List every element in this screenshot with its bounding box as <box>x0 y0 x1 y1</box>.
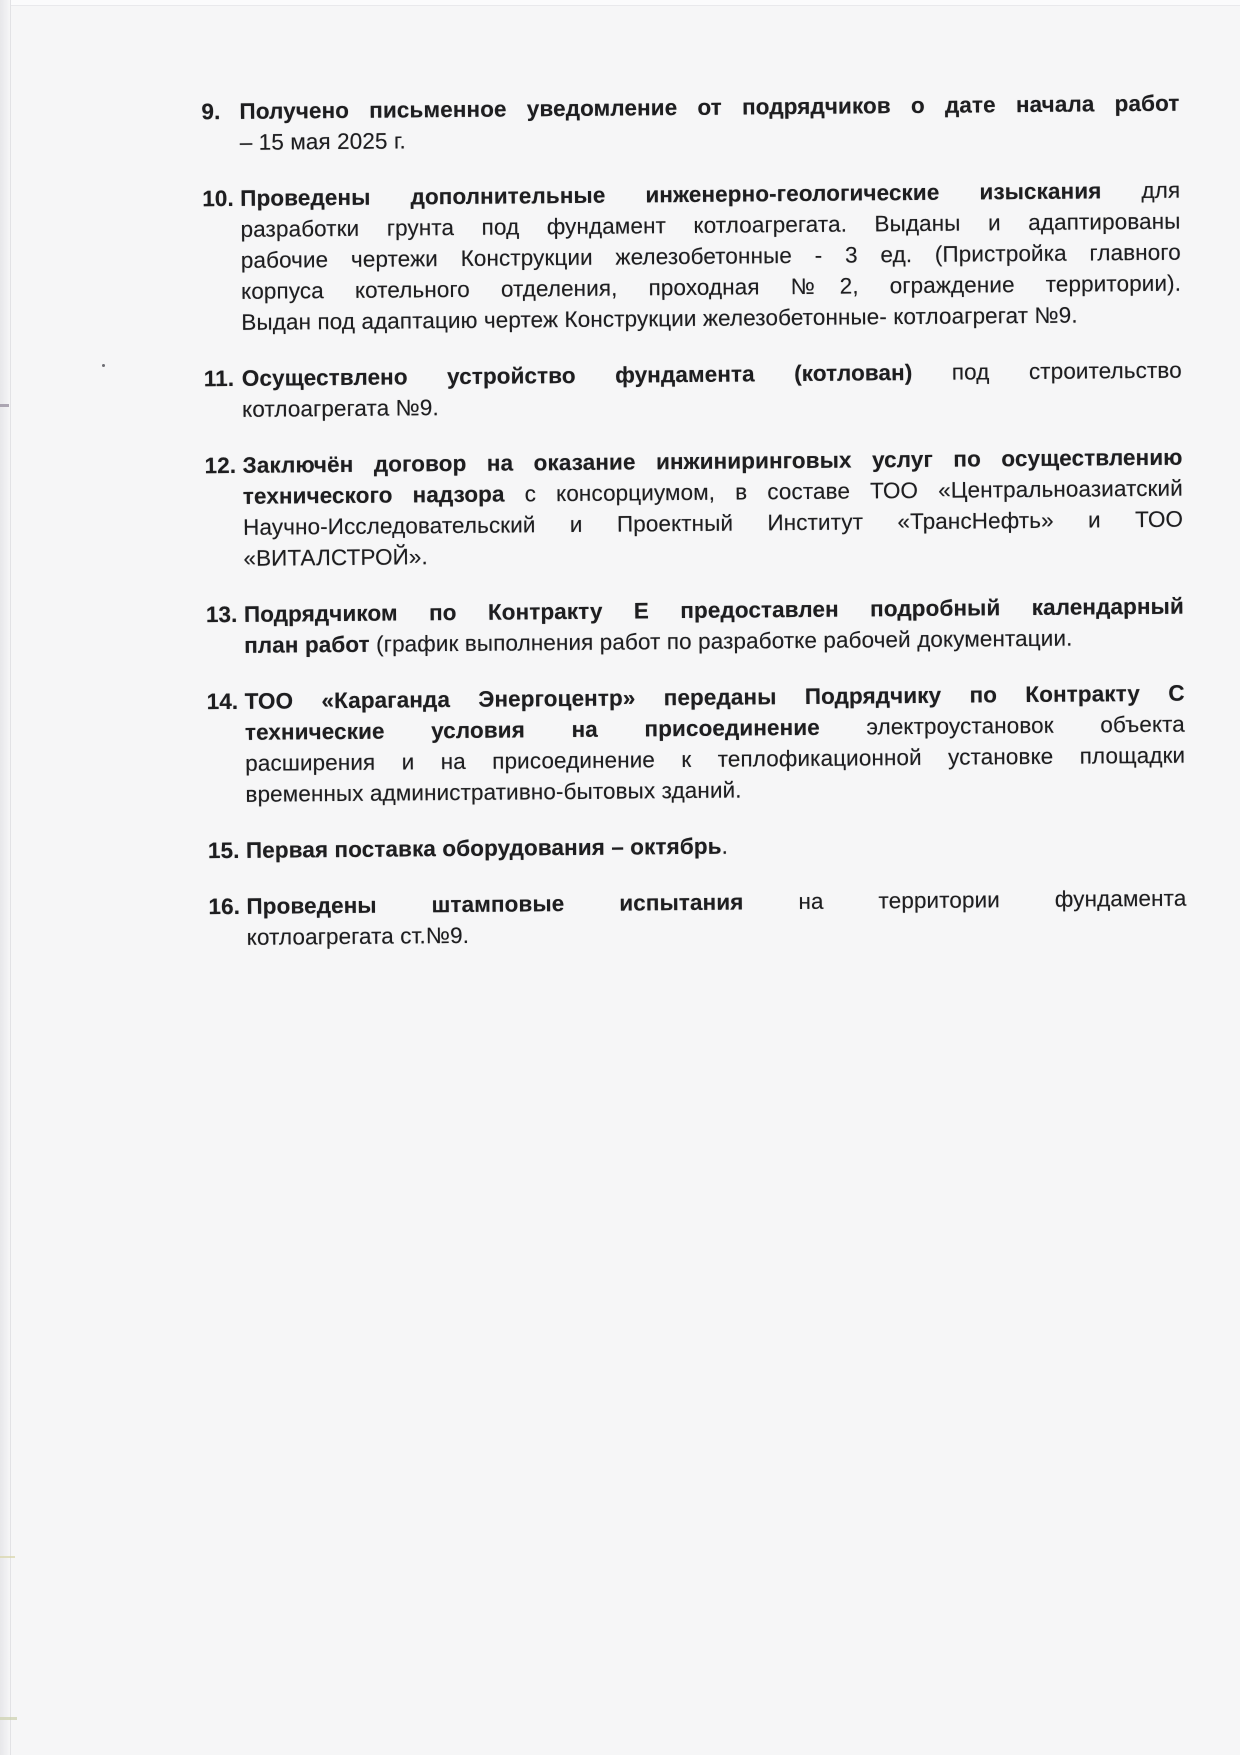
item-number: 10. <box>202 183 240 214</box>
item-number: 11. <box>204 363 242 394</box>
text-line: Первая поставка оборудования – октябрь. <box>246 827 1186 866</box>
scan-mark-tick <box>0 1717 17 1720</box>
regular-segment: котлоагрегата ст.№9. <box>247 923 470 950</box>
item-number: 14. <box>207 686 245 717</box>
regular-segment: – 15 мая 2025 г. <box>240 128 406 154</box>
scan-paper-top-edge <box>0 0 1240 6</box>
list-item-12: 12. Заключён договор на оказание инжинир… <box>204 442 1183 575</box>
item-number: 16. <box>208 891 246 922</box>
regular-segment: (график выполнения работ по разработке р… <box>370 626 1073 657</box>
scan-mark-dot <box>102 364 105 367</box>
regular-segment: . <box>721 834 728 859</box>
regular-segment: корпуса котельного отделения, проходная … <box>241 271 1181 304</box>
list-item-10: 10. Проведены дополнительные инженерно-г… <box>202 175 1181 339</box>
bold-segment: Заключён договор на оказание инжиниринго… <box>242 445 1182 478</box>
list-item-15: 15. Первая поставка оборудования – октяб… <box>208 827 1186 867</box>
scan-paper-left-edge <box>0 0 11 1755</box>
scan-mark-dash <box>0 404 9 407</box>
regular-segment: электроустановок объекта <box>820 712 1185 740</box>
bold-segment: план работ <box>244 632 370 658</box>
regular-segment: «ВИТАЛСТРОЙ». <box>243 544 428 571</box>
scan-mark-tick <box>0 1556 15 1558</box>
numbered-list: 9. Получено письменное уведомление от по… <box>201 88 1187 979</box>
bold-segment: Подрядчиком по Контракту Е предоставлен … <box>244 594 1184 627</box>
regular-segment: Выдан под адаптацию чертеж Конструкции ж… <box>241 303 1078 335</box>
bold-segment: Проведены дополнительные инженерно-геоло… <box>240 178 1101 211</box>
regular-segment: расширения и на присоединение к теплофик… <box>245 743 1185 776</box>
list-item-16: 16. Проведены штамповые испытания на тер… <box>208 883 1187 954</box>
item-number: 9. <box>201 96 239 127</box>
regular-segment: котлоагрегата №9. <box>242 395 439 422</box>
list-item-9: 9. Получено письменное уведомление от по… <box>201 88 1180 159</box>
regular-segment: под строительство <box>912 358 1182 385</box>
list-item-11: 11. Осуществлено устройство фундамента (… <box>204 355 1183 426</box>
regular-segment: Научно-Исследовательский и Проектный Инс… <box>243 507 1183 540</box>
list-item-14: 14. ТОО «Караганда Энергоцентр» переданы… <box>207 678 1186 811</box>
bold-segment: технические условия на присоединение <box>245 715 820 745</box>
bold-segment: Получено письменное уведомление от подря… <box>239 91 1179 124</box>
item-number: 15. <box>208 835 246 866</box>
bold-segment: Первая поставка оборудования – октябрь <box>246 834 722 863</box>
regular-segment: на территории фундамента <box>743 886 1186 915</box>
regular-segment: временных административно-бытовых зданий… <box>245 778 741 807</box>
item-number: 13. <box>206 599 244 630</box>
regular-segment: с консорциумом, в составе ТОО «Центральн… <box>504 476 1182 507</box>
regular-segment: рабочие чертежи Конструкции железобетонн… <box>241 240 1181 273</box>
regular-segment: разработки грунта под фундамент котлоагр… <box>240 209 1180 242</box>
bold-segment: Осуществлено устройство фундамента (котл… <box>242 360 913 391</box>
regular-segment: для <box>1101 178 1180 204</box>
list-item-13: 13. Подрядчиком по Контракту Е предостав… <box>206 591 1185 662</box>
bold-segment: ТОО «Караганда Энергоцентр» переданы Под… <box>245 681 1185 714</box>
scanned-document-page: { "colors": { "paper": "#f6f6f7", "ink":… <box>0 0 1240 1755</box>
bold-segment: технического надзора <box>243 482 505 509</box>
item-number: 12. <box>204 450 242 481</box>
bold-segment: Проведены штамповые испытания <box>246 890 743 919</box>
